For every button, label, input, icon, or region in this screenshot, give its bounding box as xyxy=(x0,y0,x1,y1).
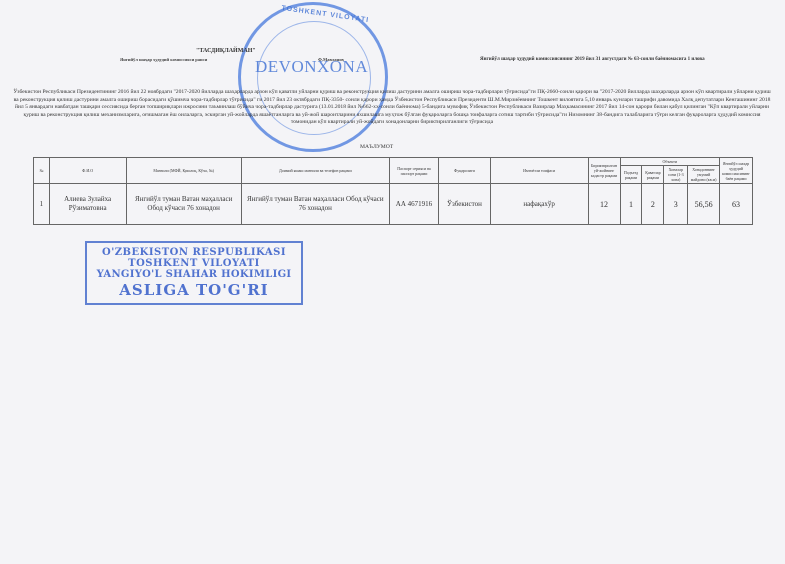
approve-title: "ТАСДИҚЛАЙМАН" xyxy=(196,48,256,54)
header-address: Манзили (МФЙ, Қишлоқ, Кўча, №) xyxy=(126,158,241,184)
cell-citizenship: Ўзбекистон xyxy=(439,184,491,225)
document-page: TOSHKENT VILOYATI DEVONXONA "ТАСДИҚЛАЙМА… xyxy=(0,0,785,564)
header-object-group: Объекти xyxy=(620,158,720,166)
cell-building: 12 xyxy=(588,184,620,225)
cell-category: нафақахўр xyxy=(490,184,588,225)
header-fio: Ф.И.О xyxy=(49,158,126,184)
document-title: МАЪЛУМОТ xyxy=(360,144,393,150)
header-citizenship: Фуқаролиги xyxy=(439,158,491,184)
header-num: № xyxy=(34,158,50,184)
cell-entrance: 1 xyxy=(620,184,642,225)
cell-area: 56,56 xyxy=(688,184,720,225)
stamp-line-1: O'ZBEKISTON RESPUBLIKASI xyxy=(87,247,301,258)
header-passport: Паспорт серияси ва паспорт рақами xyxy=(389,158,438,184)
header-residence: Доимий яшаш манзили ва телефон рақами xyxy=(241,158,389,184)
header-area: Хонадоннинг умумий майдони (кв.м) xyxy=(688,166,720,184)
round-seal: TOSHKENT VILOYATI DEVONXONA xyxy=(238,2,388,152)
cell-num: 1 xyxy=(34,184,50,225)
cell-residence: Янгийўл туман Ватан маҳалласи Обод кўчас… xyxy=(241,184,389,225)
approver-name: Ф.Мавланов xyxy=(318,57,344,62)
header-apt-num: Янгийўл шаҳар ҳудудий комиссиясининг баё… xyxy=(720,158,753,184)
header-floor: Қаватлар рақами xyxy=(642,166,664,184)
header-entrance: Подъезд рақами xyxy=(620,166,642,184)
cell-fio: Алиева Зулайха Рўзиматовна xyxy=(49,184,126,225)
cell-apt-num: 63 xyxy=(720,184,753,225)
approve-subtitle: Янгийўл шаҳар ҳудудий комиссияси раиси xyxy=(120,57,207,62)
stamp-line-3: YANGIYO'L SHAHAR HOKIMLIGI xyxy=(87,269,301,280)
header-rooms: Хоналар сони (1-3 хона) xyxy=(664,166,688,184)
cell-floor: 2 xyxy=(642,184,664,225)
certified-copy-stamp: O'ZBEKISTON RESPUBLIKASI TOSHKENT VILOYA… xyxy=(85,241,303,305)
info-table: № Ф.И.О Манзили (МФЙ, Қишлоқ, Кўча, №) Д… xyxy=(33,157,753,225)
cell-passport: АА 4671916 xyxy=(389,184,438,225)
preamble-text: Ўзбекистон Республикаси Президентининг 2… xyxy=(12,89,772,127)
header-building: Бириктирилган уй-жойнинг кадастр рақами xyxy=(588,158,620,184)
seal-center-text: DEVONXONA xyxy=(255,57,368,77)
stamp-line-2: TOSHKENT VILOYATI xyxy=(87,258,301,269)
cell-rooms: 3 xyxy=(664,184,688,225)
header-category: Имтиёзли тоифаси xyxy=(490,158,588,184)
annex-note: Янгийўл шаҳар ҳудудий комиссиясининг 201… xyxy=(480,57,705,62)
cell-address: Янгийўл туман Ватан маҳалласи Обод кўчас… xyxy=(126,184,241,225)
table-row: 1 Алиева Зулайха Рўзиматовна Янгийўл тум… xyxy=(34,184,753,225)
stamp-line-4: ASLIGA TO'G'RI xyxy=(87,281,301,299)
